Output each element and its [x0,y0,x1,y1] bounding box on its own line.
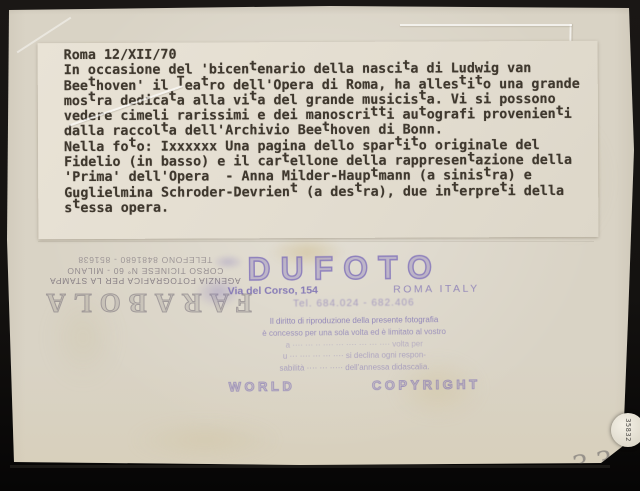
caption-line: vedere cimeli rarissimi e dei manoscritt… [64,107,598,125]
dufoto-phone: Tel. 684.024 - 682.406 [228,297,480,311]
dufoto-street: Via del Corso, 154 [228,284,318,297]
dufoto-name: DUFOTO [227,249,479,288]
world-copyright-row: WORLD COPYRIGHT [229,377,481,395]
caption-label: Roma 12/XII/70 In occasione del 'bicente… [38,41,599,239]
paper-stain [130,420,280,460]
world-label: WORLD [229,379,296,395]
dufoto-stamp: DUFOTO Via del Corso, 154 ROMA ITALY Tel… [227,249,480,395]
scan-edge-shadow [10,465,610,468]
photo-back-scan: Roma 12/XII/70 In occasione del 'bicente… [0,0,640,491]
fine-print-line: sabilità ···· ··· ····· dell'annessa did… [228,361,480,375]
paper-crease [38,241,594,242]
paper-crease [400,24,572,26]
photo-paper: Roma 12/XII/70 In occasione del 'bicente… [0,0,640,491]
caption-line: stessa opera. [64,199,598,217]
sticker-number: 35832 [624,418,632,442]
caption-line: Guglielmina Schroder-Devrient (a destra)… [64,183,598,201]
dufoto-fine-print: Il diritto di riproduzione della present… [228,314,481,376]
caption-line: In occasione del 'bicentenario della nas… [64,61,598,79]
archive-sticker: 35832 [611,413,640,447]
copyright-label: COPYRIGHT [372,377,481,393]
dufoto-city: ROMA ITALY [393,283,480,296]
typed-caption: Roma 12/XII/70 In occasione del 'bicente… [38,41,599,217]
